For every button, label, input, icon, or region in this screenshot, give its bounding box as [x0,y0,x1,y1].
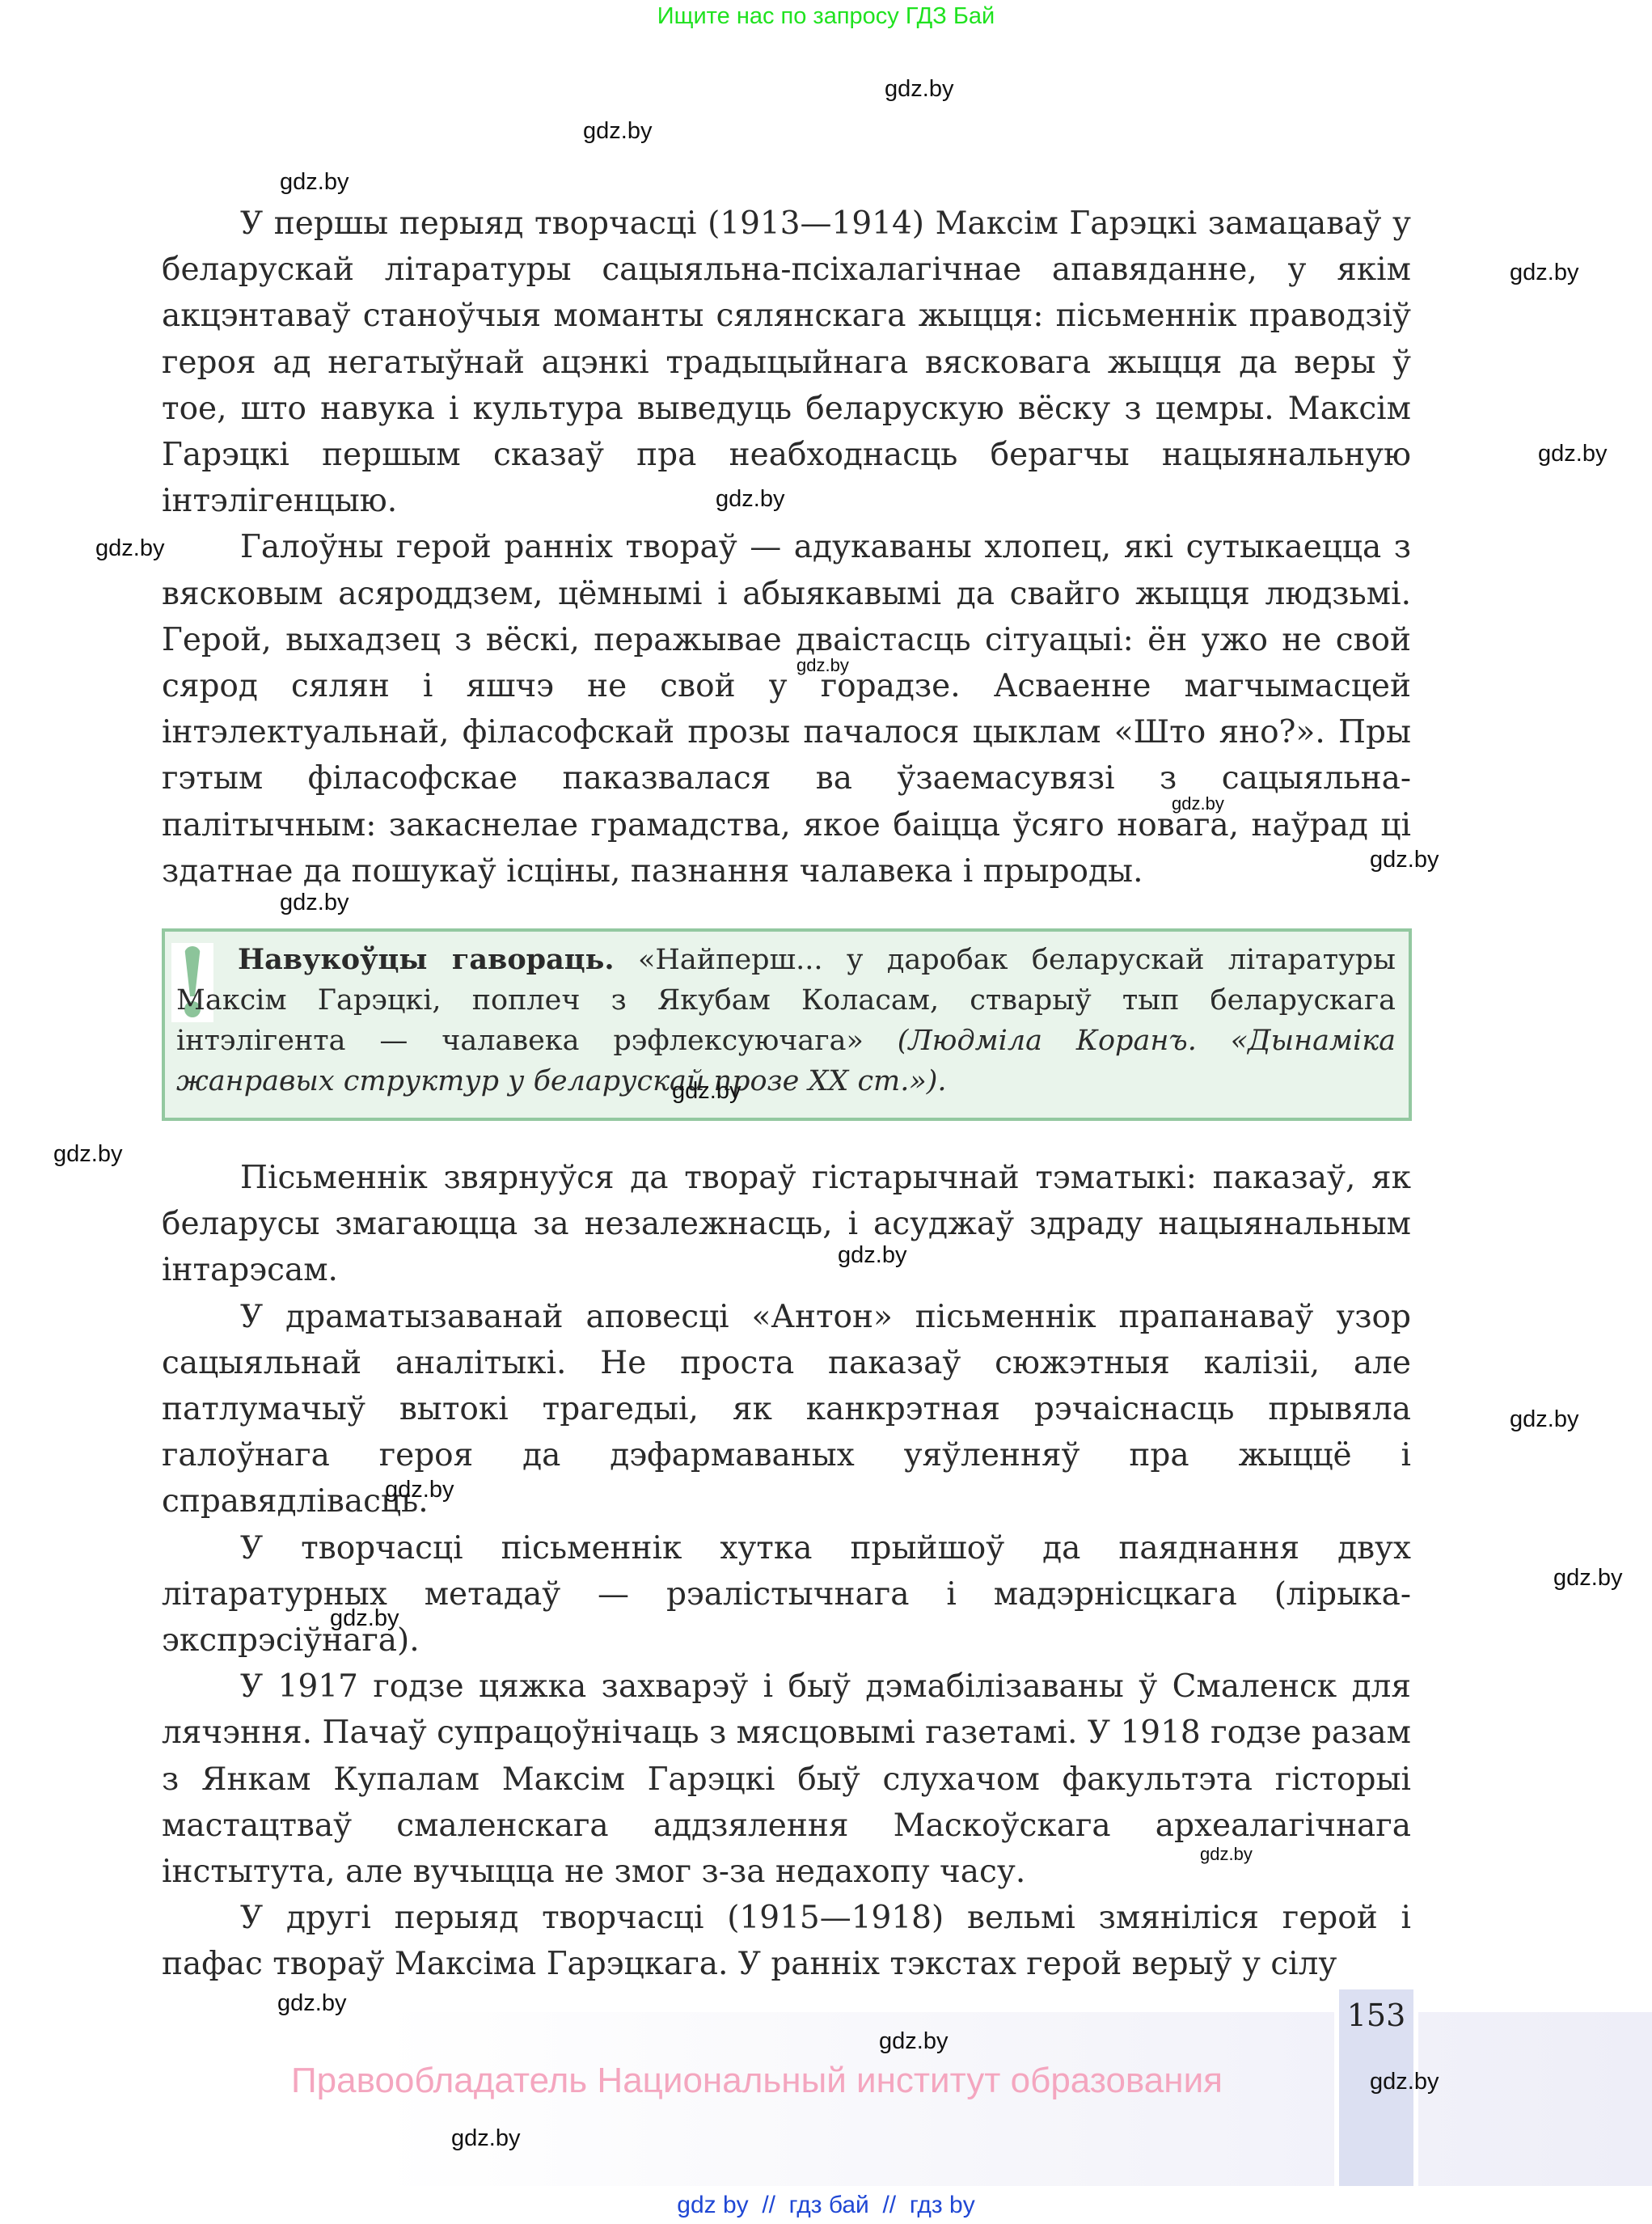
page-number: 153 [1339,1998,1413,2033]
watermark: gdz.by [451,2127,520,2150]
paragraph: Пісьменнік звярнуўся да твораў гістарычн… [162,1155,1411,1294]
scholars-quote-callout: Навукоўцы гавораць. «Найперш... у дароба… [162,928,1412,1121]
watermark: gdz.by [95,537,164,560]
copyright-notice: Правообладатель Национальный институт об… [291,2061,1223,2101]
watermark: gdz.by [280,891,349,915]
paragraph: У драматызаванай аповесці «Антон» пісьме… [162,1294,1411,1525]
callout-text: Навукоўцы гавораць. «Найперш... у дароба… [176,940,1396,1101]
paragraph: Галоўны герой ранніх твораў — адукаваны … [162,524,1411,894]
watermark: gdz.by [885,78,953,101]
watermark: gdz.by [716,488,784,511]
watermark: gdz.by [1553,1567,1622,1590]
watermark: gdz.by [838,1244,906,1267]
watermark: gdz.by [1172,795,1224,813]
watermark: gdz.by [330,1607,399,1630]
site-links[interactable]: gdz by // гдз бай // гдз by [0,2192,1652,2219]
watermark: gdz.by [1370,848,1439,872]
watermark: gdz.by [672,1080,741,1103]
watermark: gdz.by [277,1992,346,2015]
search-banner: Ищите нас по запросу ГДЗ Бай [0,3,1652,30]
paragraph: У творчасці пісьменнік хутка прыйшоў да … [162,1525,1411,1664]
watermark: gdz.by [280,171,349,194]
watermark: gdz.by [1510,261,1578,285]
paragraph: У другі перыяд творчасці (1915—1918) вел… [162,1895,1411,1987]
watermark: gdz.by [1510,1408,1578,1431]
watermark: gdz.by [1538,442,1607,466]
paragraph: У першы перыяд творчасці (1913—1914) Мак… [162,201,1411,524]
body-text-top: У першы перыяд творчасці (1913—1914) Мак… [162,201,1411,894]
watermark: gdz.by [583,120,652,143]
footer-divider [1413,2012,1418,2186]
watermark: gdz.by [879,2030,948,2053]
watermark: gdz.by [385,1478,454,1502]
watermark: gdz.by [53,1143,122,1166]
watermark: gdz.by [796,657,849,674]
callout-lead: Навукоўцы гавораць. [238,943,615,976]
watermark: gdz.by [1200,1846,1253,1863]
watermark: gdz.by [1370,2070,1439,2094]
